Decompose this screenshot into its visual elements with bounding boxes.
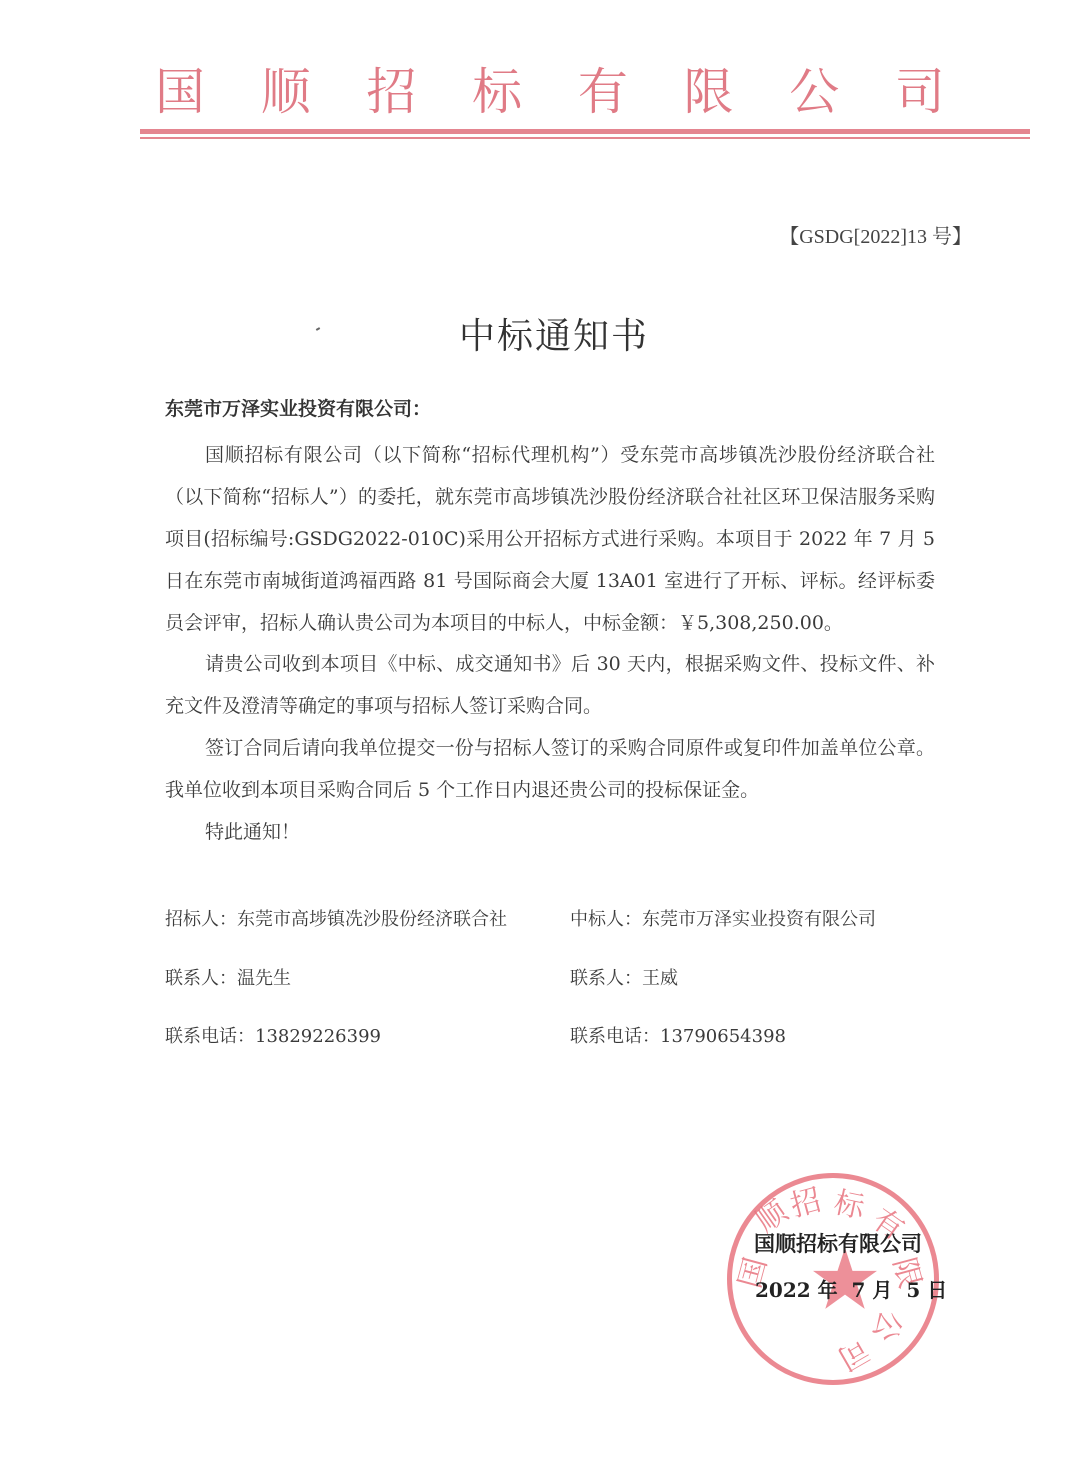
letterhead-company-name: 国 顺 招 标 有 限 公 司 <box>150 56 950 120</box>
letterhead-divider-thick <box>140 129 1030 134</box>
addressee: 东莞市万泽实业投资有限公司： <box>165 394 431 421</box>
paragraph-text: 国顺招标有限公司（以下简称“招标代理机构”）受东莞市高埗镇冼沙股份经济联合社（以… <box>165 434 935 644</box>
letterhead-divider-thin <box>140 137 1030 139</box>
winner-name: 中标人：东莞市万泽实业投资有限公司 <box>570 905 876 931</box>
signing-date: 2022 年 7 月 5 日 <box>755 1274 947 1303</box>
winner-phone: 联系电话：13790654398 <box>570 1022 786 1048</box>
tenderer-name: 招标人：东莞市高埗镇冼沙股份经济联合社 <box>165 905 507 931</box>
winner-contact: 联系人：王威 <box>570 964 678 990</box>
signing-company: 国顺招标有限公司 <box>754 1228 922 1258</box>
paragraph-text: 特此通知！ <box>165 811 935 853</box>
body-paragraph-4: 特此通知！ <box>165 811 935 853</box>
document-title: 中标通知书 <box>0 308 1090 359</box>
letterhead-char: 限 <box>679 52 739 124</box>
letterhead-char: 国 <box>150 52 210 124</box>
document-title-text: 中标通知书 <box>459 316 649 357</box>
letterhead-char: 顺 <box>256 52 316 124</box>
document-number: 【GSDG[2022]13 号】 <box>779 220 972 249</box>
body-paragraph-1: 国顺招标有限公司（以下简称“招标代理机构”）受东莞市高埗镇冼沙股份经济联合社（以… <box>165 434 935 644</box>
letterhead-char: 招 <box>361 52 421 124</box>
body-paragraph-2: 请贵公司收到本项目《中标、成交通知书》后 30 天内，根据采购文件、投标文件、补… <box>165 643 935 727</box>
letterhead-char: 公 <box>784 52 844 124</box>
letterhead-char: 有 <box>573 52 633 124</box>
letterhead-char: 司 <box>890 52 950 124</box>
paragraph-text: 请贵公司收到本项目《中标、成交通知书》后 30 天内，根据采购文件、投标文件、补… <box>165 643 935 727</box>
paragraph-text: 签订合同后请向我单位提交一份与招标人签订的采购合同原件或复印件加盖单位公章。我单… <box>165 727 935 811</box>
body-paragraph-3: 签订合同后请向我单位提交一份与招标人签订的采购合同原件或复印件加盖单位公章。我单… <box>165 727 935 811</box>
tenderer-contact: 联系人：温先生 <box>165 964 291 990</box>
letterhead-char: 标 <box>467 52 527 124</box>
tenderer-phone: 联系电话：13829226399 <box>165 1022 381 1048</box>
